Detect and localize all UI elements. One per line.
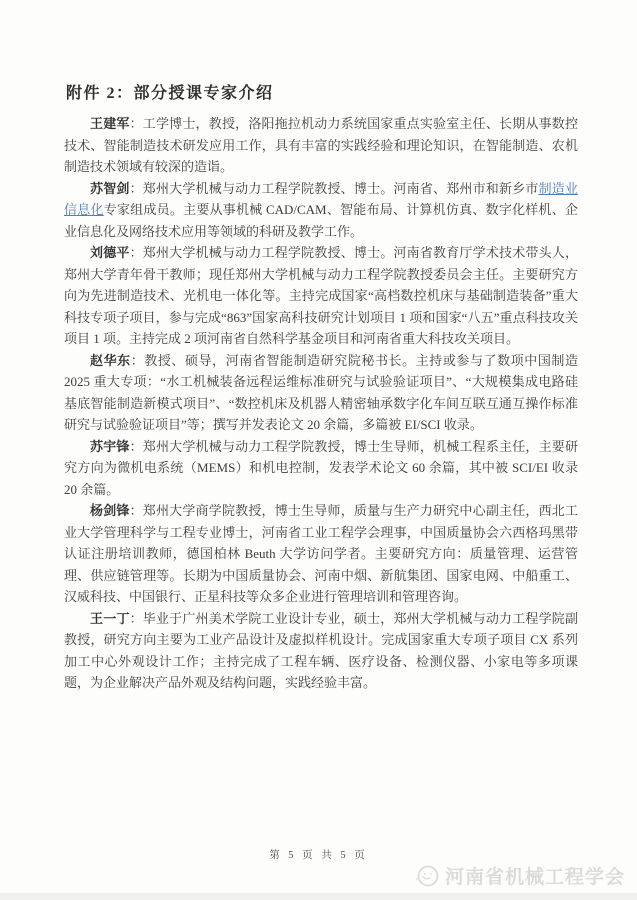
expert-paragraph: 杨剑锋：郑州大学商学院教授，博士生导师，质量与生产力研究中心副主任，西北工业大学… bbox=[64, 500, 578, 608]
expert-paragraph: 苏智剑：郑州大学机械与动力工程学院教授、博士。河南省、郑州市和新乡市制造业信息化… bbox=[64, 178, 578, 243]
expert-paragraph: 刘德平：郑州大学机械与动力工程学院教授、博士。河南省教育厅学术技术带头人，郑州大… bbox=[64, 242, 578, 350]
text-segment: ：郑州大学商学院教授，博士生导师，质量与生产力研究中心副主任，西北工业大学管理科… bbox=[64, 503, 578, 604]
text-segment: ：工学博士，教授，洛阳拖拉机动力系统国家重点实验室主任、长期从事数控技术、智能制… bbox=[64, 116, 578, 174]
society-seal-icon bbox=[416, 864, 440, 888]
expert-name: 苏宇锋 bbox=[90, 439, 130, 454]
text-segment: ：毕业于广州美术学院工业设计专业，硕士，郑州大学机械与动力工程学院副教授，研究方… bbox=[64, 611, 578, 691]
document-page: 附件 2：部分授课专家介绍 王建军：工学博士，教授，洛阳拖拉机动力系统国家重点实… bbox=[0, 0, 637, 900]
page-bottom-edge bbox=[0, 893, 637, 900]
expert-name: 苏智剑 bbox=[90, 181, 130, 196]
expert-paragraph: 赵华东：教授、硕导，河南省智能制造研究院秘书长。主持或参与了数项中国制造 202… bbox=[64, 350, 578, 436]
expert-name: 杨剑锋 bbox=[90, 503, 130, 518]
watermark-text: 河南省机械工程学会 bbox=[445, 862, 625, 889]
expert-name: 王一丁 bbox=[90, 611, 130, 626]
expert-name: 王建军 bbox=[90, 116, 130, 131]
watermark: 河南省机械工程学会 bbox=[416, 862, 625, 889]
text-segment: ：郑州大学机械与动力工程学院教授，博士生导师，机械工程系主任，主要研究方向为微机… bbox=[64, 439, 578, 497]
expert-paragraph: 苏宇锋：郑州大学机械与动力工程学院教授，博士生导师，机械工程系主任，主要研究方向… bbox=[64, 436, 578, 501]
text-segment: ：郑州大学机械与动力工程学院教授、博士。河南省、郑州市和新乡市 bbox=[130, 181, 539, 196]
expert-paragraph: 王一丁：毕业于广州美术学院工业设计专业，硕士，郑州大学机械与动力工程学院副教授，… bbox=[64, 608, 578, 694]
document-body: 王建军：工学博士，教授，洛阳拖拉机动力系统国家重点实验室主任、长期从事数控技术、… bbox=[64, 113, 578, 694]
expert-name: 刘德平 bbox=[90, 245, 130, 260]
expert-name: 赵华东 bbox=[90, 353, 131, 368]
page-title: 附件 2：部分授课专家介绍 bbox=[66, 80, 274, 103]
text-segment: 专家组成员。主要从事机械 CAD/CAM、智能布局、计算机仿真、数字化样机、企业… bbox=[64, 202, 578, 239]
text-segment: ：郑州大学机械与动力工程学院教授、博士。河南省教育厅学术技术带头人，郑州大学青年… bbox=[64, 245, 578, 346]
page-number: 第 5 页 共 5 页 bbox=[0, 847, 637, 862]
text-segment: ：教授、硕导，河南省智能制造研究院秘书长。主持或参与了数项中国制造 2025 重… bbox=[64, 353, 578, 433]
expert-paragraph: 王建军：工学博士，教授，洛阳拖拉机动力系统国家重点实验室主任、长期从事数控技术、… bbox=[64, 113, 578, 178]
